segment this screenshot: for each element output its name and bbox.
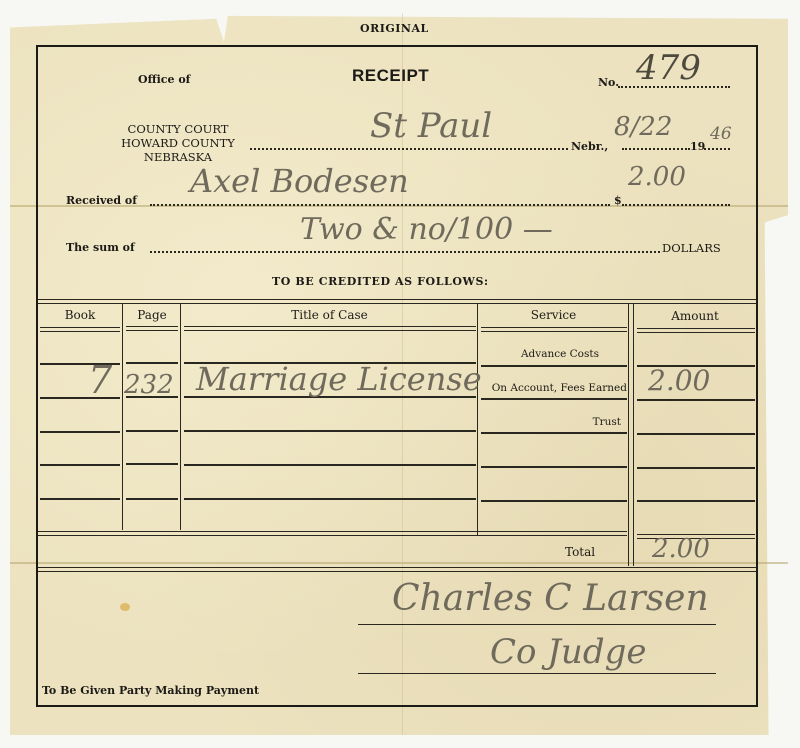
row-rule	[481, 466, 627, 468]
footer-note: To Be Given Party Making Payment	[42, 684, 259, 697]
entry-page: 232	[124, 370, 174, 400]
receipt-number: 479	[636, 48, 701, 88]
header-page: Page	[124, 308, 180, 322]
sum-value: Two & no/100 —	[300, 212, 553, 247]
office-label: Office of	[138, 73, 190, 86]
entry-book: 7	[88, 358, 112, 402]
header-rule	[40, 327, 120, 332]
row-rule	[637, 500, 755, 502]
row-rule	[126, 430, 178, 432]
service-trust: Trust	[481, 416, 621, 428]
date-value: 8/22	[614, 112, 672, 142]
row-rule	[184, 498, 476, 500]
row-rule	[40, 464, 120, 466]
year-value: 46	[710, 124, 732, 144]
header-title-of-case: Title of Case	[182, 308, 477, 322]
title-line	[358, 673, 716, 674]
dollars-label: DOLLARS	[662, 241, 721, 255]
place-line	[250, 148, 568, 150]
copy-label: ORIGINAL	[360, 22, 429, 35]
dollar-sign: $	[614, 194, 622, 207]
row-rule	[481, 432, 627, 434]
office-address: COUNTY COURT HOWARD COUNTY NEBRASKA	[108, 122, 248, 164]
row-rule	[481, 398, 627, 400]
amount-value: 2.00	[628, 162, 686, 192]
row-rule	[126, 362, 178, 364]
signature-title: Co Judge	[490, 632, 646, 672]
column-divider	[122, 304, 123, 530]
table-top-rule	[38, 299, 756, 304]
signature-name: Charles C Larsen	[392, 578, 709, 619]
entry-amount: 2.00	[648, 364, 710, 397]
header-rule	[126, 326, 178, 331]
office-line: HOWARD COUNTY	[108, 136, 248, 150]
column-divider	[633, 304, 634, 566]
table-bottom-rule	[38, 531, 627, 536]
receipt-title: RECEIPT	[352, 66, 429, 86]
year-prefix: 19	[690, 140, 705, 153]
header-service: Service	[479, 308, 628, 322]
sum-line	[150, 251, 660, 253]
column-divider	[628, 304, 629, 566]
row-rule	[481, 500, 627, 502]
state-label: Nebr.,	[571, 140, 608, 153]
header-rule	[637, 328, 755, 333]
service-on-account-fees-earned: On Account, Fees Earned	[479, 382, 627, 394]
received-label: Received of	[66, 194, 137, 207]
total-label: Total	[565, 545, 595, 559]
row-rule	[126, 498, 178, 500]
row-rule	[184, 464, 476, 466]
signature-line	[358, 624, 716, 625]
row-rule	[184, 430, 476, 432]
header-rule	[481, 327, 627, 332]
header-rule	[184, 326, 476, 331]
service-advance-costs: Advance Costs	[481, 348, 599, 360]
place-value: St Paul	[370, 106, 492, 146]
row-rule	[126, 463, 178, 465]
row-rule	[637, 399, 755, 401]
date-line	[622, 148, 690, 150]
row-rule	[637, 433, 755, 435]
received-line	[150, 204, 610, 206]
year-line	[704, 148, 730, 150]
row-rule	[40, 431, 120, 433]
received-value: Axel Bodesen	[190, 162, 409, 200]
entry-title: Marriage License	[196, 360, 482, 398]
header-book: Book	[38, 308, 122, 322]
row-rule	[40, 498, 120, 500]
row-rule	[481, 365, 627, 367]
header-amount: Amount	[635, 309, 755, 323]
credited-heading: TO BE CREDITED AS FOLLOWS:	[272, 275, 489, 288]
sum-label: The sum of	[66, 241, 135, 254]
row-rule	[637, 467, 755, 469]
total-value: 2.00	[652, 534, 710, 564]
office-line: COUNTY COURT	[108, 122, 248, 136]
number-label: No.	[598, 76, 619, 89]
amount-line	[622, 204, 730, 206]
signature-top-rule	[38, 567, 756, 572]
column-divider	[180, 304, 181, 530]
column-divider	[477, 304, 478, 536]
